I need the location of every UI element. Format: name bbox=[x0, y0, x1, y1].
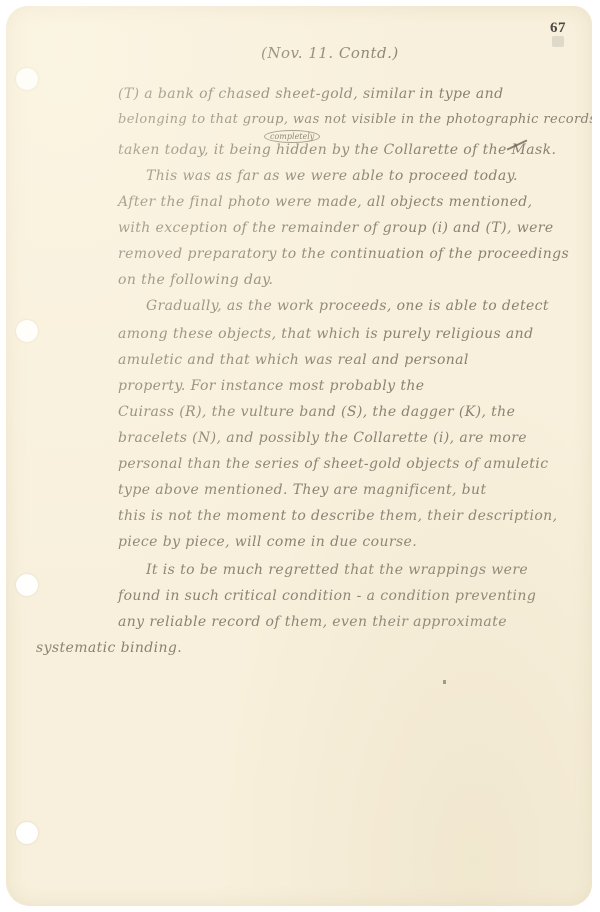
text-line: Gradually, as the work proceeds, one is … bbox=[146, 298, 549, 314]
text-line: this is not the moment to describe them,… bbox=[118, 508, 557, 524]
punch-hole bbox=[16, 574, 38, 596]
text-line: removed preparatory to the continuation … bbox=[118, 246, 569, 262]
text-line: systematic binding. bbox=[36, 640, 182, 656]
ink-speck bbox=[443, 680, 446, 684]
text-line: taken today, it being hidden by the Coll… bbox=[118, 142, 556, 158]
punch-hole bbox=[16, 320, 38, 342]
page-number: 67 bbox=[550, 20, 566, 37]
text-line: property. For instance most probably the bbox=[118, 378, 424, 394]
text-line: (T) a bank of chased sheet-gold, similar… bbox=[118, 86, 503, 102]
text-line: found in such critical condition - a con… bbox=[118, 588, 536, 604]
text-line: on the following day. bbox=[118, 272, 273, 288]
ink-smudge bbox=[552, 36, 564, 47]
page-header-date: (Nov. 11. Contd.) bbox=[261, 44, 399, 62]
manuscript-page: 67 (Nov. 11. Contd.) (T) a bank of chase… bbox=[6, 6, 592, 906]
text-line: piece by piece, will come in due course. bbox=[118, 534, 417, 550]
text-line: type above mentioned. They are magnifice… bbox=[118, 482, 486, 498]
text-line: This was as far as we were able to proce… bbox=[146, 168, 518, 184]
text-line: After the final photo were made, all obj… bbox=[118, 194, 533, 210]
text-line: bracelets (N), and possibly the Collaret… bbox=[118, 430, 527, 446]
text-line: with exception of the remainder of group… bbox=[118, 220, 554, 236]
punch-hole bbox=[16, 68, 38, 90]
text-line: Cuirass (R), the vulture band (S), the d… bbox=[118, 404, 515, 420]
text-line: personal than the series of sheet-gold o… bbox=[118, 456, 548, 472]
text-line: amuletic and that which was real and per… bbox=[118, 352, 469, 368]
punch-hole bbox=[16, 822, 38, 844]
text-line: It is to be much regretted that the wrap… bbox=[146, 562, 528, 578]
text-line: among these objects, that which is purel… bbox=[118, 326, 533, 342]
text-line: belonging to that group, was not visible… bbox=[118, 112, 592, 127]
text-line: any reliable record of them, even their … bbox=[118, 614, 507, 630]
